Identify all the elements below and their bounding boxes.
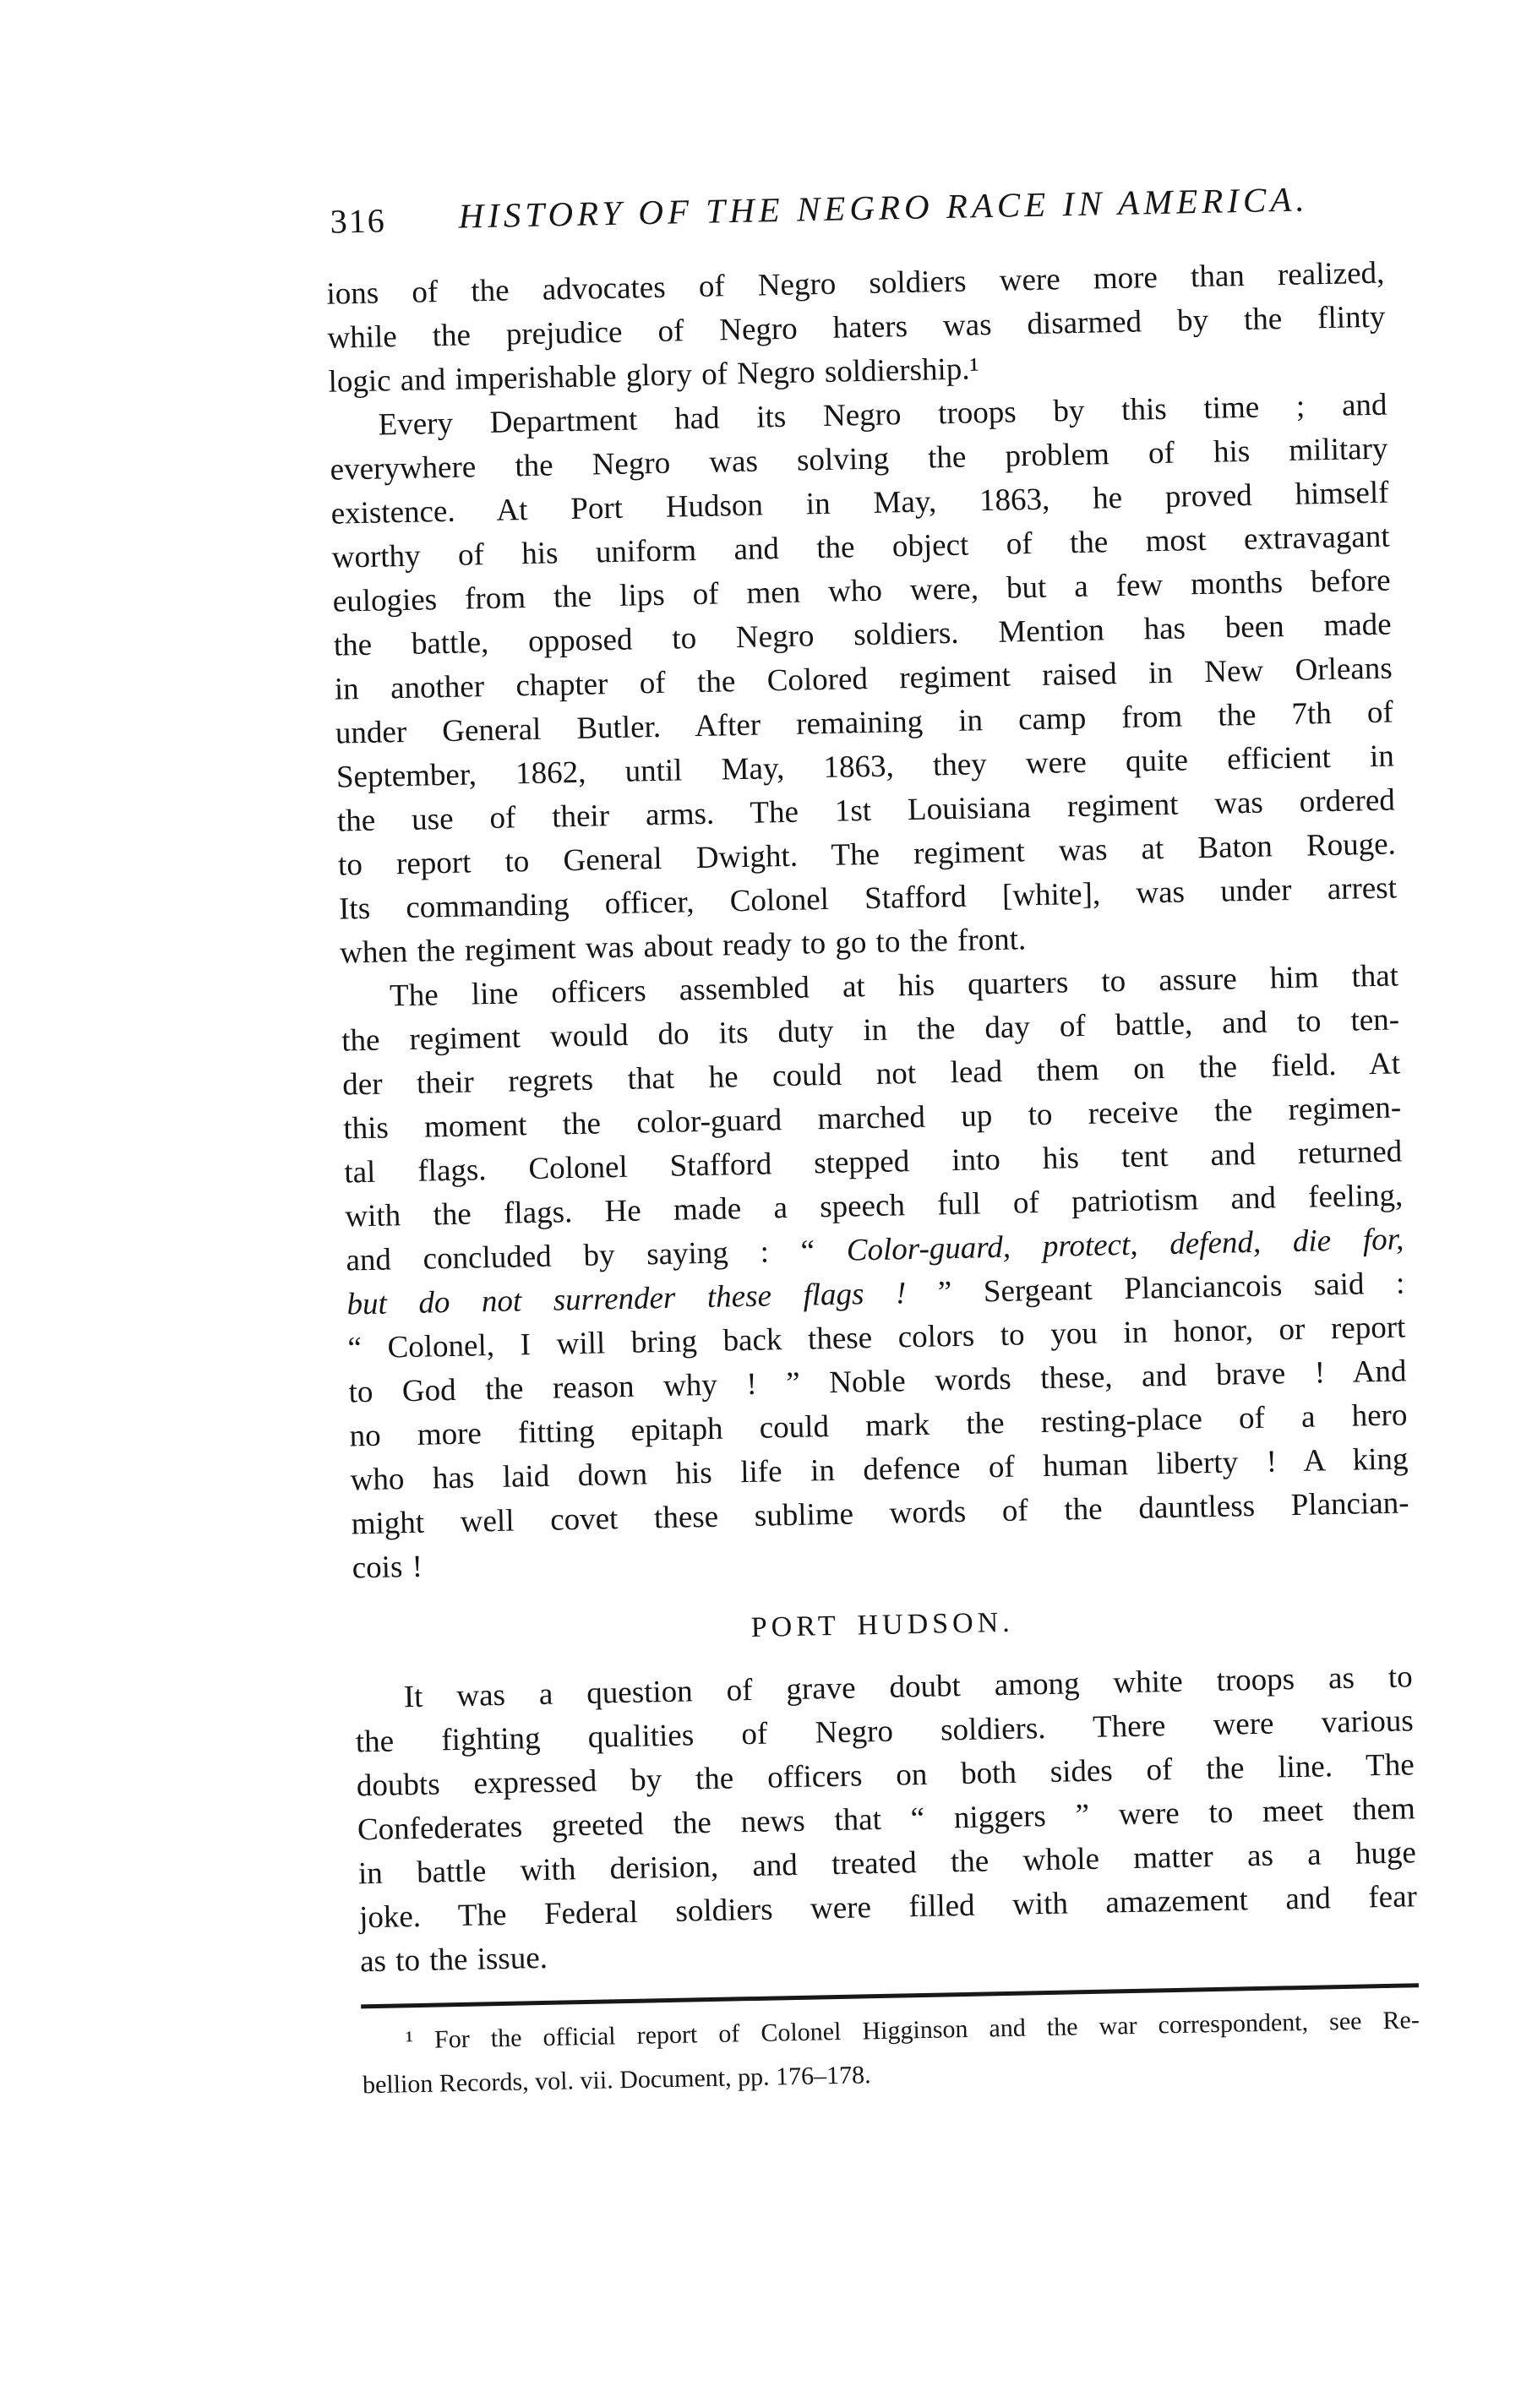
paragraph: The line officers assembled at his quart…	[341, 954, 1410, 1590]
footnote: ¹ For the official report of Colonel Hig…	[361, 1983, 1420, 2110]
page-number: 316	[330, 200, 386, 241]
text-segment: logic and imperishable glory of Negro so…	[328, 351, 979, 399]
section-heading: PORT HUDSON.	[353, 1593, 1412, 1658]
text-segment: ¹ For the official report of Colonel Hig…	[406, 2006, 1420, 2054]
text-segment: cois !	[352, 1550, 422, 1586]
paragraph: Every Department had its Negro troops by…	[329, 384, 1398, 976]
running-title: HISTORY OF THE NEGRO RACE IN AMERICA.	[324, 177, 1383, 239]
italic-text-segment: Color-guard, protect, defend, die for,	[846, 1222, 1404, 1267]
text-segment: bellion Records, vol. vii. Document, pp.…	[363, 2061, 871, 2099]
text-segment: and concluded by saying : “	[346, 1234, 847, 1278]
paragraph: ions of the advocates of Negro soldiers …	[326, 252, 1387, 405]
text-segment: ” Sergeant Planciancois said :	[906, 1266, 1405, 1310]
running-header: 316 HISTORY OF THE NEGRO RACE IN AMERICA…	[324, 177, 1383, 246]
italic-text-segment: but do not surrender these flags !	[346, 1276, 907, 1321]
scanned-book-page: 316 HISTORY OF THE NEGRO RACE IN AMERICA…	[0, 0, 1521, 2408]
paragraph: It was a question of grave doubt among w…	[354, 1655, 1418, 1984]
text-segment: as to the issue.	[360, 1941, 548, 1979]
body-text: ions of the advocates of Negro soldiers …	[326, 252, 1418, 1985]
footnote-text: ¹ For the official report of Colonel Hig…	[362, 2001, 1421, 2110]
page-content: 316 HISTORY OF THE NEGRO RACE IN AMERICA…	[324, 177, 1420, 2111]
